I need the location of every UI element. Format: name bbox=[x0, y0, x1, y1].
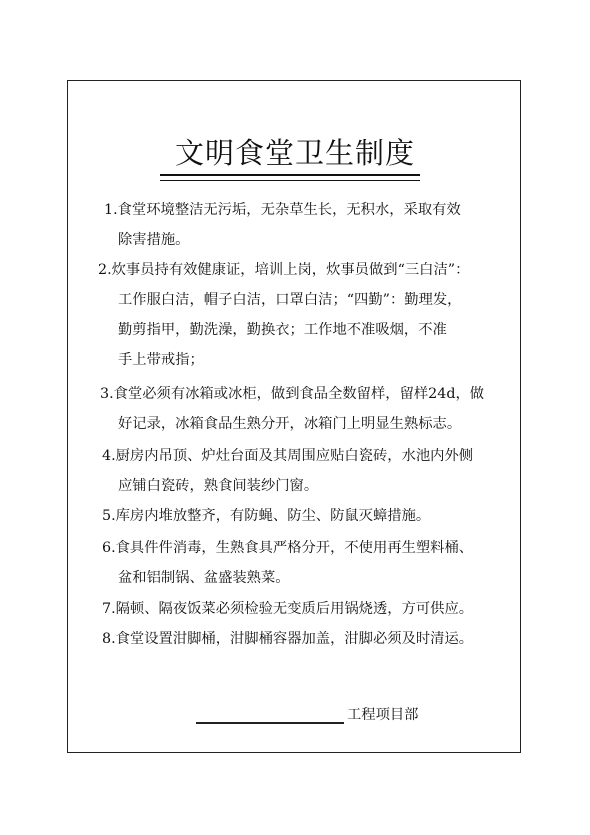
regulation-line: 勤剪指甲，勤洗澡，勤换衣；工作地不准吸烟，不准 bbox=[118, 320, 447, 340]
title-underline-thin bbox=[160, 180, 420, 181]
regulation-line: 工作服白洁，帽子白洁，口罩白洁；“四勤”：勤理发， bbox=[118, 290, 461, 310]
regulation-line: 盆和铝制锅、盆盛装熟菜。 bbox=[118, 568, 290, 588]
document-title: 文明食堂卫生制度 bbox=[0, 133, 590, 173]
regulation-line: 6.食具件件消毒，生熟食具严格分开，不使用再生塑料桶、 bbox=[102, 538, 473, 558]
regulation-line: 除害措施。 bbox=[118, 230, 189, 250]
regulation-line: 5.库房内堆放整齐，有防蝇、防尘、防鼠灭蟑措施。 bbox=[102, 506, 430, 526]
signature-blank-line bbox=[196, 722, 344, 724]
signature-label: 工程项目部 bbox=[347, 705, 418, 725]
regulation-line: 2.炊事员持有效健康证，培训上岗，炊事员做到“三白洁”： bbox=[98, 260, 469, 280]
title-underline-thick bbox=[160, 174, 420, 176]
regulation-line: 手上带戒指； bbox=[118, 350, 204, 370]
regulation-line: 应铺白瓷砖，熟食间装纱门窗。 bbox=[118, 476, 318, 496]
regulation-line: 3.食堂必须有冰箱或冰柜，做到食品全数留样，留样24d，做 bbox=[100, 384, 484, 404]
regulation-line: 1.食堂环境整洁无污垢，无杂草生长，无积水，采取有效 bbox=[104, 200, 461, 220]
regulation-line: 8.食堂设置泔脚桶，泔脚桶容器加盖，泔脚必须及时清运。 bbox=[102, 629, 473, 649]
regulation-line: 4.厨房内吊顶、炉灶台面及其周围应贴白瓷砖，水池内外侧 bbox=[102, 446, 473, 466]
regulation-line: 好记录，冰箱食品生熟分开，冰箱门上明显生熟标志。 bbox=[118, 414, 461, 434]
regulation-line: 7.隔顿、隔夜饭菜必须检验无变质后用锅烧透，方可供应。 bbox=[102, 599, 473, 619]
